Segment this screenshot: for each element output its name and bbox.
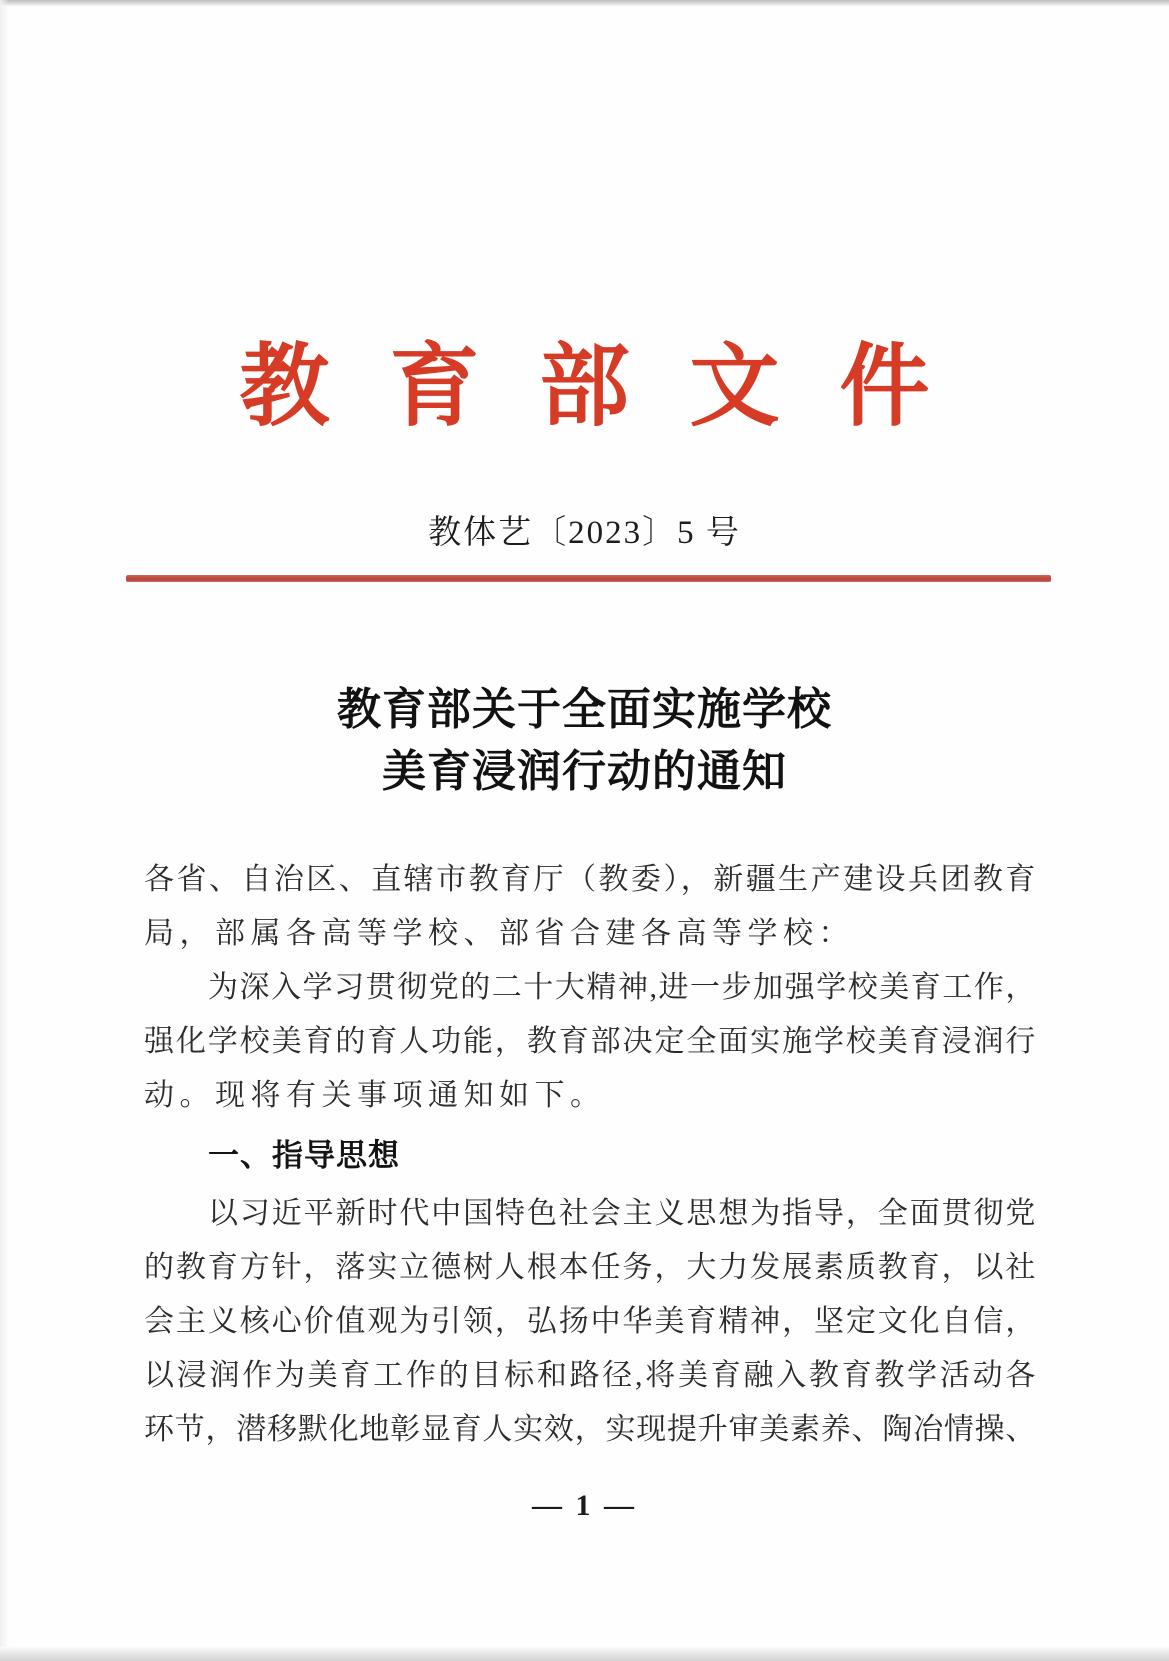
body-line: 局，部属各高等学校、部省合建各高等学校： <box>144 907 1036 961</box>
red-divider-line <box>126 575 1051 582</box>
page-number: — 1 — <box>0 1488 1169 1524</box>
document-title: 教育部关于全面实施学校 美育浸润行动的通知 <box>0 679 1169 803</box>
body-line: 各省、自治区、直辖市教育厅（教委），新疆生产建设兵团教育 <box>144 853 1036 907</box>
photo-edge-left <box>0 0 9 1661</box>
body-line: 动。现将有关事项通知如下。 <box>144 1069 1036 1123</box>
document-body: 各省、自治区、直辖市教育厅（教委），新疆生产建设兵团教育局，部属各高等学校、部省… <box>144 853 1036 1457</box>
body-line: 会主义核心价值观为引领，弘扬中华美育精神，坚定文化自信， <box>144 1295 1036 1349</box>
document-page: 教育部文件 教体艺〔2023〕5 号 教育部关于全面实施学校 美育浸润行动的通知… <box>0 0 1169 1661</box>
document-title-line-1: 教育部关于全面实施学校 <box>0 679 1169 741</box>
section-heading: 一、指导思想 <box>144 1129 1036 1183</box>
doc-number: 教体艺〔2023〕5 号 <box>0 510 1169 556</box>
document-title-line-2: 美育浸润行动的通知 <box>0 741 1169 803</box>
body-line: 以浸润作为美育工作的目标和路径,将美育融入教育教学活动各 <box>144 1349 1036 1403</box>
body-line: 强化学校美育的育人功能，教育部决定全面实施学校美育浸润行 <box>144 1015 1036 1069</box>
photo-edge-top <box>0 0 1169 6</box>
body-line: 环节，潜移默化地彰显育人实效，实现提升审美素养、陶冶情操、 <box>144 1403 1036 1457</box>
body-line: 为深入学习贯彻党的二十大精神,进一步加强学校美育工作， <box>144 961 1036 1015</box>
body-line: 的教育方针，落实立德树人根本任务，大力发展素质教育，以社 <box>144 1241 1036 1295</box>
photo-edge-bottom <box>0 1647 1169 1661</box>
body-line: 以习近平新时代中国特色社会主义思想为指导，全面贯彻党 <box>144 1187 1036 1241</box>
agency-header: 教育部文件 <box>0 338 1169 438</box>
